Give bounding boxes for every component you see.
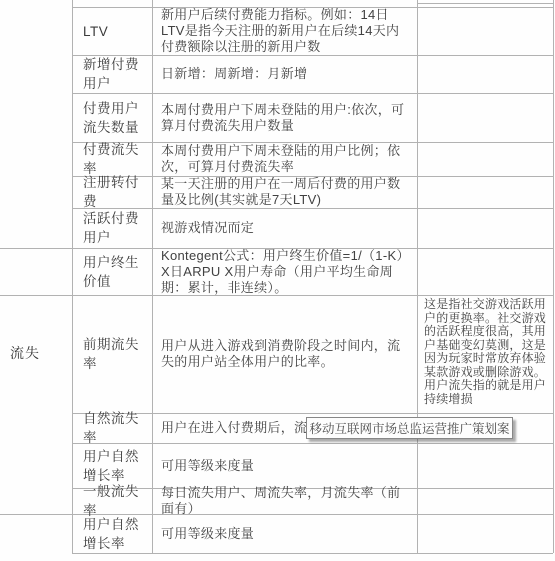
term-cell: 付费用户流失数量	[73, 93, 152, 142]
table-row: 用户终生价值 Kontegent公式：用户终生价值=1/（1-K）X日ARPU …	[0, 248, 555, 295]
desc-cell: Kontegent公式：用户终生价值=1/（1-K）X日ARPU X用户寿命（用…	[153, 248, 417, 295]
table-row: 一般流失率 每日流失用户、周流失率，月流失率（前面有）	[0, 488, 555, 514]
term-cell: LTV	[73, 7, 152, 55]
row-divider	[417, 3, 553, 4]
table-row: 用户自然增长率 可用等级来度量	[0, 514, 555, 553]
table-row: 活跃付费用户 视游戏情况而定	[0, 208, 555, 248]
table-row: 付费用户流失数量 本周付费用户下周未登陆的用户:依次，可算月付费流失用户数量	[0, 93, 555, 142]
term-cell: 一般流失率	[73, 488, 152, 514]
desc-cell: 日新增：周新增：月新增	[153, 55, 417, 93]
table-row: LTV 新用户后续付费能力指标。例如：14日LTV是指今天注册的新用户在后续14…	[0, 7, 555, 55]
desc-cell: 本周付费用户下周未登陆的用户:依次，可算月付费流失用户数量	[153, 93, 417, 142]
table-row: 注册转付费 某一天注册的用户在一周后付费的用户数量及比例(其实就是7天LTV)	[0, 176, 555, 208]
desc-cell: 可用等级来度量	[153, 443, 417, 488]
term-cell: 注册转付费	[73, 176, 152, 208]
desc-cell: 用户从进入游戏到消费阶段之时间内，流失的用户站全体用户的比率。	[153, 295, 417, 413]
term-cell: 新增付费用户	[73, 55, 152, 93]
term-cell: 用户自然增长率	[73, 514, 152, 553]
note-cell: 这是指社交游戏活跃用户的更换率。社交游戏的活跃程度很高，其用户基础变幻莫测，这是…	[418, 295, 553, 413]
desc-cell: 某一天注册的用户在一周后付费的用户数量及比例(其实就是7天LTV)	[153, 176, 417, 208]
term-cell: 前期流失率	[73, 295, 152, 413]
table-row: 前期流失率 用户从进入游戏到消费阶段之时间内，流失的用户站全体用户的比率。 这是…	[0, 295, 555, 413]
table-row: 付费流失率 本周付费用户下周未登陆的用户比例；依次，可算月付费流失率	[0, 142, 555, 176]
watermark-tooltip: 移动互联网市场总监运营推广策划案	[306, 417, 513, 439]
term-cell: 自然流失率	[73, 413, 152, 443]
desc-cell: 每日流失用户、周流失率，月流失率（前面有）	[153, 488, 417, 514]
desc-cell: 新用户后续付费能力指标。例如：14日LTV是指今天注册的新用户在后续14天内付费…	[153, 7, 417, 55]
desc-cell: 视游戏情况而定	[153, 208, 417, 248]
desc-cell: 本周付费用户下周未登陆的用户比例；依次，可算月付费流失率	[153, 142, 417, 176]
desc-cell: 可用等级来度量	[153, 514, 417, 553]
term-cell: 付费流失率	[73, 142, 152, 176]
document-page: 流失 LTV 新用户后续付费能力指标。例如：14日LTV是指今天注册的新用户在后…	[0, 0, 555, 561]
term-cell: 用户终生价值	[73, 248, 152, 295]
table-row: 新增付费用户 日新增：周新增：月新增	[0, 55, 555, 93]
table-bottom-border	[72, 553, 553, 554]
term-cell: 活跃付费用户	[73, 208, 152, 248]
